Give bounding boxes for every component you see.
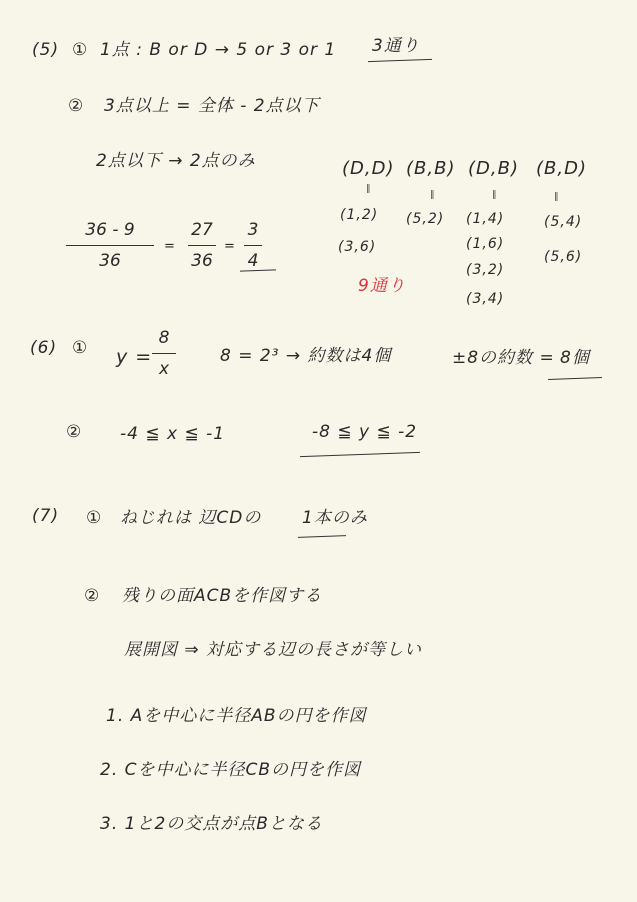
q5-answer-den: 4 bbox=[248, 251, 259, 271]
q7-step-2: 2. Cを中心に半径CBの円を作図 bbox=[100, 762, 361, 779]
q7-part2-text: 残りの面ACBを作図する bbox=[122, 588, 322, 605]
q5-part1-answer: 3通り bbox=[372, 38, 420, 55]
q7-step-1: 1. Aを中心に半径ABの円を作図 bbox=[106, 708, 367, 725]
fraction-bar bbox=[66, 245, 154, 246]
q5-label: (5) bbox=[32, 42, 59, 59]
q7-part1-text: ねじれは 辺CDの bbox=[120, 510, 261, 527]
count-note-red: 9通り bbox=[358, 278, 406, 295]
pair-item: (1,6) bbox=[466, 237, 504, 251]
q5-part1-text: 1点 : B or D → 5 or 3 or 1 bbox=[100, 42, 336, 59]
q7-part1-answer: 1本のみ bbox=[302, 510, 368, 527]
q5-part1-answer-underline bbox=[368, 59, 432, 62]
q7-part1-marker: ① bbox=[86, 510, 102, 527]
q7-part1-answer-underline bbox=[298, 535, 346, 538]
pair-item: (1,4) bbox=[466, 212, 504, 226]
q6-part1-text2: ±8の約数 = bbox=[452, 350, 555, 367]
q7-part2-line2: 展開図 ⇒ 対応する辺の長さが等しい bbox=[124, 642, 422, 659]
pair-header-bd: (B,D) bbox=[536, 160, 587, 178]
pair-item: (3,2) bbox=[466, 263, 504, 277]
q7-part2-marker: ② bbox=[84, 588, 100, 605]
pair-item: (5,6) bbox=[544, 250, 582, 264]
equal-mark: ‖ bbox=[554, 192, 559, 202]
q5-answer-num: 3 bbox=[248, 220, 259, 240]
q6-part2-text: -4 ≦ x ≦ -1 bbox=[120, 426, 225, 443]
q5-part2-marker: ② bbox=[68, 98, 84, 115]
pair-header-bb: (B,B) bbox=[406, 160, 455, 178]
q6-fraction-den: x bbox=[159, 359, 169, 379]
q5-answer-fraction: 3 4 bbox=[244, 220, 262, 271]
q6-part1-answer-underline bbox=[548, 377, 602, 380]
q5-fraction2: 27 36 bbox=[188, 220, 216, 271]
q6-fraction-num: 8 bbox=[159, 328, 170, 348]
q5-fraction2-num: 27 bbox=[191, 220, 213, 240]
q6-part1-marker: ① bbox=[72, 340, 88, 357]
pair-header-db: (D,B) bbox=[468, 160, 519, 178]
q5-part2-text: 3点以上 = 全体 - 2点以下 bbox=[104, 98, 320, 115]
q6-label: (6) bbox=[30, 340, 57, 357]
fraction-bar bbox=[152, 353, 176, 354]
q6-part2-marker: ② bbox=[66, 424, 82, 441]
equal-mark: ‖ bbox=[492, 190, 497, 200]
q5-fraction1-den: 36 bbox=[99, 251, 121, 271]
pair-item: (3,4) bbox=[466, 292, 504, 306]
pair-item: (5,4) bbox=[544, 215, 582, 229]
pair-header-dd: (D,D) bbox=[342, 160, 395, 178]
q5-answer-underline bbox=[240, 269, 276, 271]
q5-eq2: = bbox=[224, 240, 236, 253]
fraction-bar bbox=[244, 245, 262, 246]
q7-label: (7) bbox=[32, 508, 59, 525]
pair-item: (5,2) bbox=[406, 212, 444, 226]
q5-fraction2-den: 36 bbox=[191, 251, 213, 271]
q6-part1-answer: 8個 bbox=[560, 350, 590, 367]
q5-part2-line2: 2点以下 → 2点のみ bbox=[96, 153, 256, 170]
fraction-bar bbox=[188, 245, 216, 246]
q6-eq-lhs: y = bbox=[116, 348, 152, 367]
q5-eq1: = bbox=[164, 240, 176, 253]
q6-part1-text: 8 = 2³ → 約数は4個 bbox=[220, 348, 391, 365]
pair-item: (1,2) bbox=[340, 208, 378, 222]
q5-fraction1: 36 - 9 36 bbox=[66, 220, 154, 271]
equal-mark: ‖ bbox=[366, 184, 371, 194]
pair-item: (3,6) bbox=[338, 240, 376, 254]
q6-fraction: 8 x bbox=[152, 328, 176, 379]
equal-mark: ‖ bbox=[430, 190, 435, 200]
q7-step-3: 3. 1と2の交点が点Bとなる bbox=[100, 816, 323, 833]
q5-fraction1-num: 36 - 9 bbox=[85, 220, 134, 240]
q5-part1-marker: ① bbox=[72, 42, 88, 59]
q6-part2-answer-underline bbox=[300, 452, 420, 457]
q6-part2-answer: -8 ≦ y ≦ -2 bbox=[312, 424, 417, 441]
